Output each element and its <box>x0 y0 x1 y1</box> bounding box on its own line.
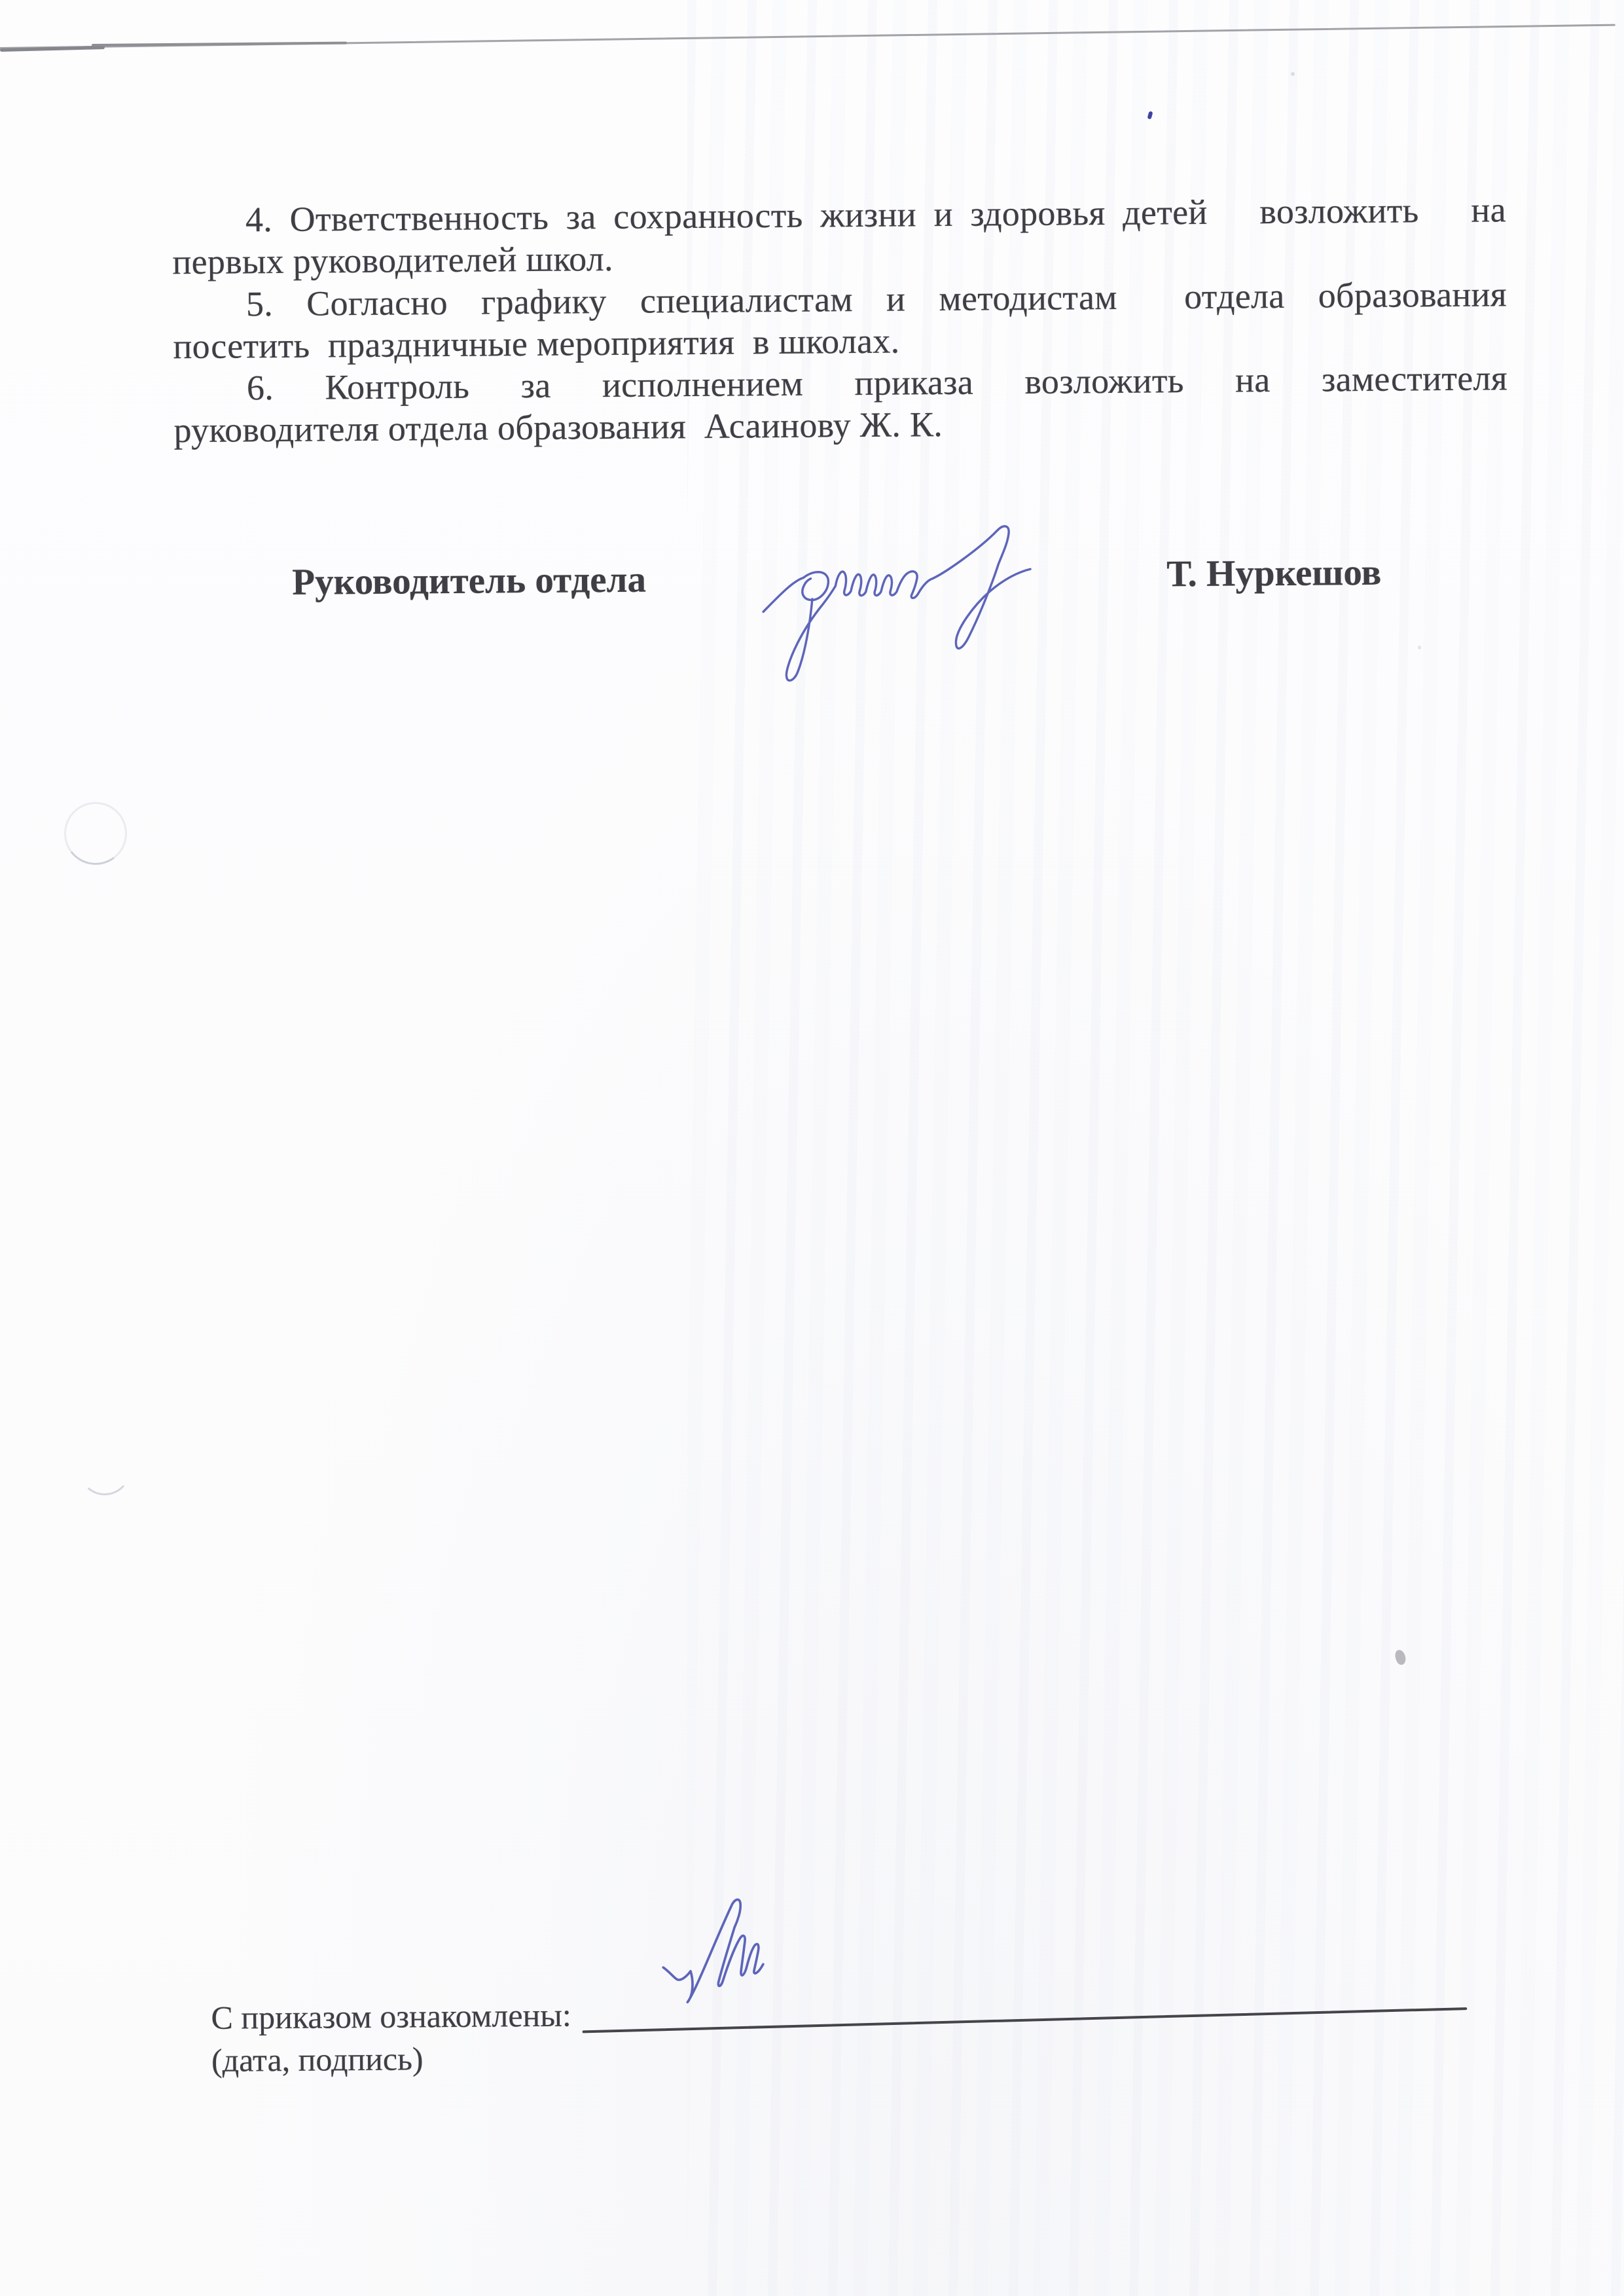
acknowledgement-label: С приказом ознакомлены: <box>211 1994 571 2039</box>
scan-artifact-speck <box>1291 72 1295 76</box>
acknowledgement-note: (дата, подпись) <box>211 2036 572 2081</box>
director-signature-ink <box>721 490 1089 781</box>
acknowledgement-signature-ink <box>621 1868 818 2039</box>
scanned-order-page: 4. Ответственность за сохранность жизни … <box>0 0 1624 2296</box>
acknowledgement-block: С приказом ознакомлены: (дата, подпись) <box>211 1994 571 2081</box>
scan-artifact-speck <box>1418 646 1421 649</box>
order-paragraphs: 4. Ответственность за сохранность жизни … <box>172 189 1508 452</box>
document-content: 4. Ответственность за сохранность жизни … <box>0 0 1624 2296</box>
signer-role-label: Руководитель отдела <box>292 558 646 604</box>
signer-name-label: Т. Нуркешов <box>1166 551 1382 596</box>
